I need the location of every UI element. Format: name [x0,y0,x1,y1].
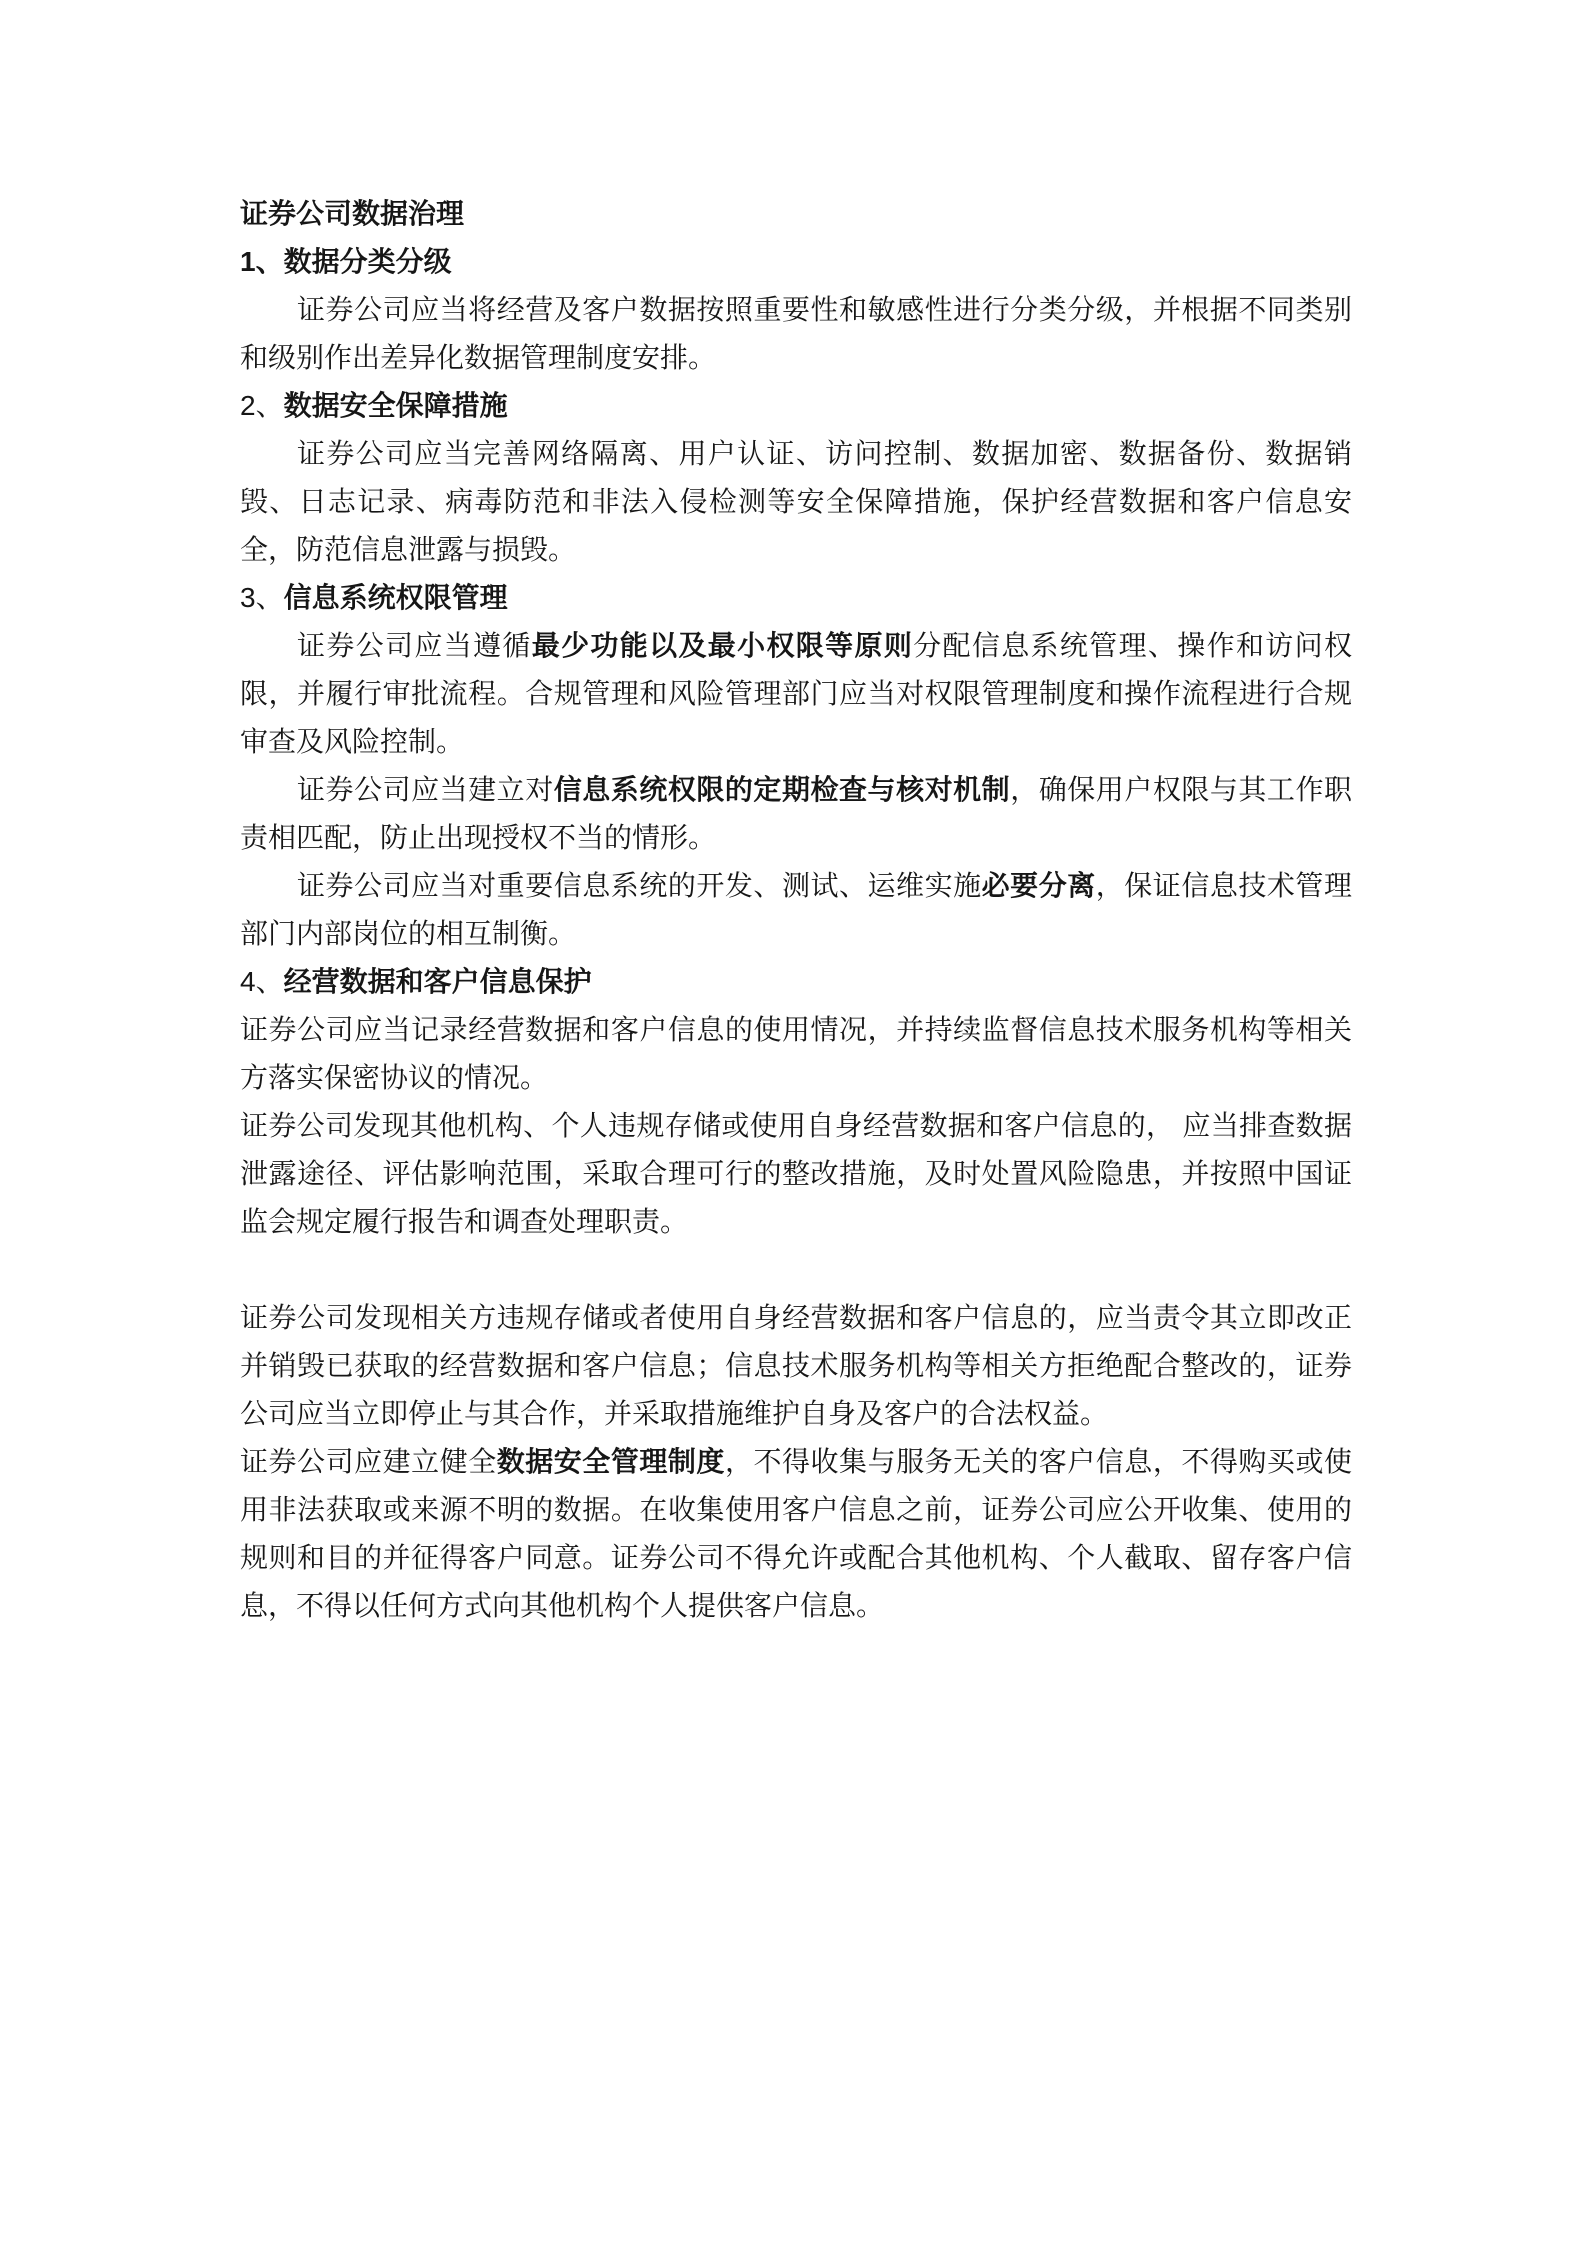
text-run: 证券公司发现其他机构、个人违规存储或使用自身经营数据和客户信息的， 应当排查数据… [240,1110,1352,1237]
heading-4-business-data-customer-info-protection: 4、经营数据和客户信息保护 [240,958,1352,1006]
text-run: 证券公司应当建立对 [297,774,554,805]
para-3-1: 证券公司应当遵循最少功能以及最小权限等原则分配信息系统管理、操作和访问权限，并履… [240,622,1352,766]
text-run: 4、 [240,966,284,997]
text-run: 证券公司应当对重要信息系统的开发、测试、运维实施 [297,870,982,901]
text-run: 3、 [240,582,284,613]
para-4-3: 证券公司发现相关方违规存储或者使用自身经营数据和客户信息的，应当责令其立即改正并… [240,1294,1352,1438]
heading-3-system-permission-management: 3、信息系统权限管理 [240,574,1352,622]
para-4-4: 证券公司应建立健全数据安全管理制度，不得收集与服务无关的客户信息，不得购买或使用… [240,1438,1352,1630]
para-3-2: 证券公司应当建立对信息系统权限的定期检查与核对机制，确保用户权限与其工作职责相匹… [240,766,1352,862]
bold-text-run: 经营数据和客户信息保护 [284,966,592,997]
para-3-3: 证券公司应当对重要信息系统的开发、测试、运维实施必要分离，保证信息技术管理部门内… [240,862,1352,958]
doc-title: 证券公司数据治理 [240,190,1352,238]
para-4-2: 证券公司发现其他机构、个人违规存储或使用自身经营数据和客户信息的， 应当排查数据… [240,1102,1352,1246]
text-run: 证券公司应当完善网络隔离、用户认证、访问控制、数据加密、数据备份、数据销毁、日志… [240,438,1352,565]
document-body: 证券公司数据治理1、数据分类分级证券公司应当将经营及客户数据按照重要性和敏感性进… [240,190,1352,1630]
bold-text-run: 证券公司数据治理 [240,198,464,229]
blank-line [240,1246,1352,1294]
text-run: 证券公司应当记录经营数据和客户信息的使用情况，并持续监督信息技术服务机构等相关方… [240,1014,1352,1093]
heading-2-data-security-measures: 2、数据安全保障措施 [240,382,1352,430]
bold-text-run: 1、 [240,246,284,277]
bold-text-run: 数据安全管理制度 [497,1446,725,1477]
para-1-1: 证券公司应当将经营及客户数据按照重要性和敏感性进行分类分级，并根据不同类别和级别… [240,286,1352,382]
text-run: 2、 [240,390,284,421]
text-run: 证券公司发现相关方违规存储或者使用自身经营数据和客户信息的，应当责令其立即改正并… [240,1302,1352,1429]
bold-text-run: 必要分离 [982,870,1096,901]
para-2-1: 证券公司应当完善网络隔离、用户认证、访问控制、数据加密、数据备份、数据销毁、日志… [240,430,1352,574]
text-run: 证券公司应当将经营及客户数据按照重要性和敏感性进行分类分级，并根据不同类别和级别… [240,294,1352,373]
text-run: 证券公司应建立健全 [240,1446,497,1477]
text-run: 证券公司应当遵循 [297,630,532,661]
bold-text-run: 数据安全保障措施 [284,390,508,421]
bold-text-run: 最少功能以及最小权限等原则 [532,630,913,661]
document-page: 证券公司数据治理1、数据分类分级证券公司应当将经营及客户数据按照重要性和敏感性进… [0,0,1586,2244]
para-4-1: 证券公司应当记录经营数据和客户信息的使用情况，并持续监督信息技术服务机构等相关方… [240,1006,1352,1102]
bold-text-run: 信息系统权限的定期检查与核对机制 [554,774,1010,805]
heading-1-data-classification: 1、数据分类分级 [240,238,1352,286]
bold-text-run: 数据分类分级 [284,246,452,277]
bold-text-run: 信息系统权限管理 [284,582,508,613]
